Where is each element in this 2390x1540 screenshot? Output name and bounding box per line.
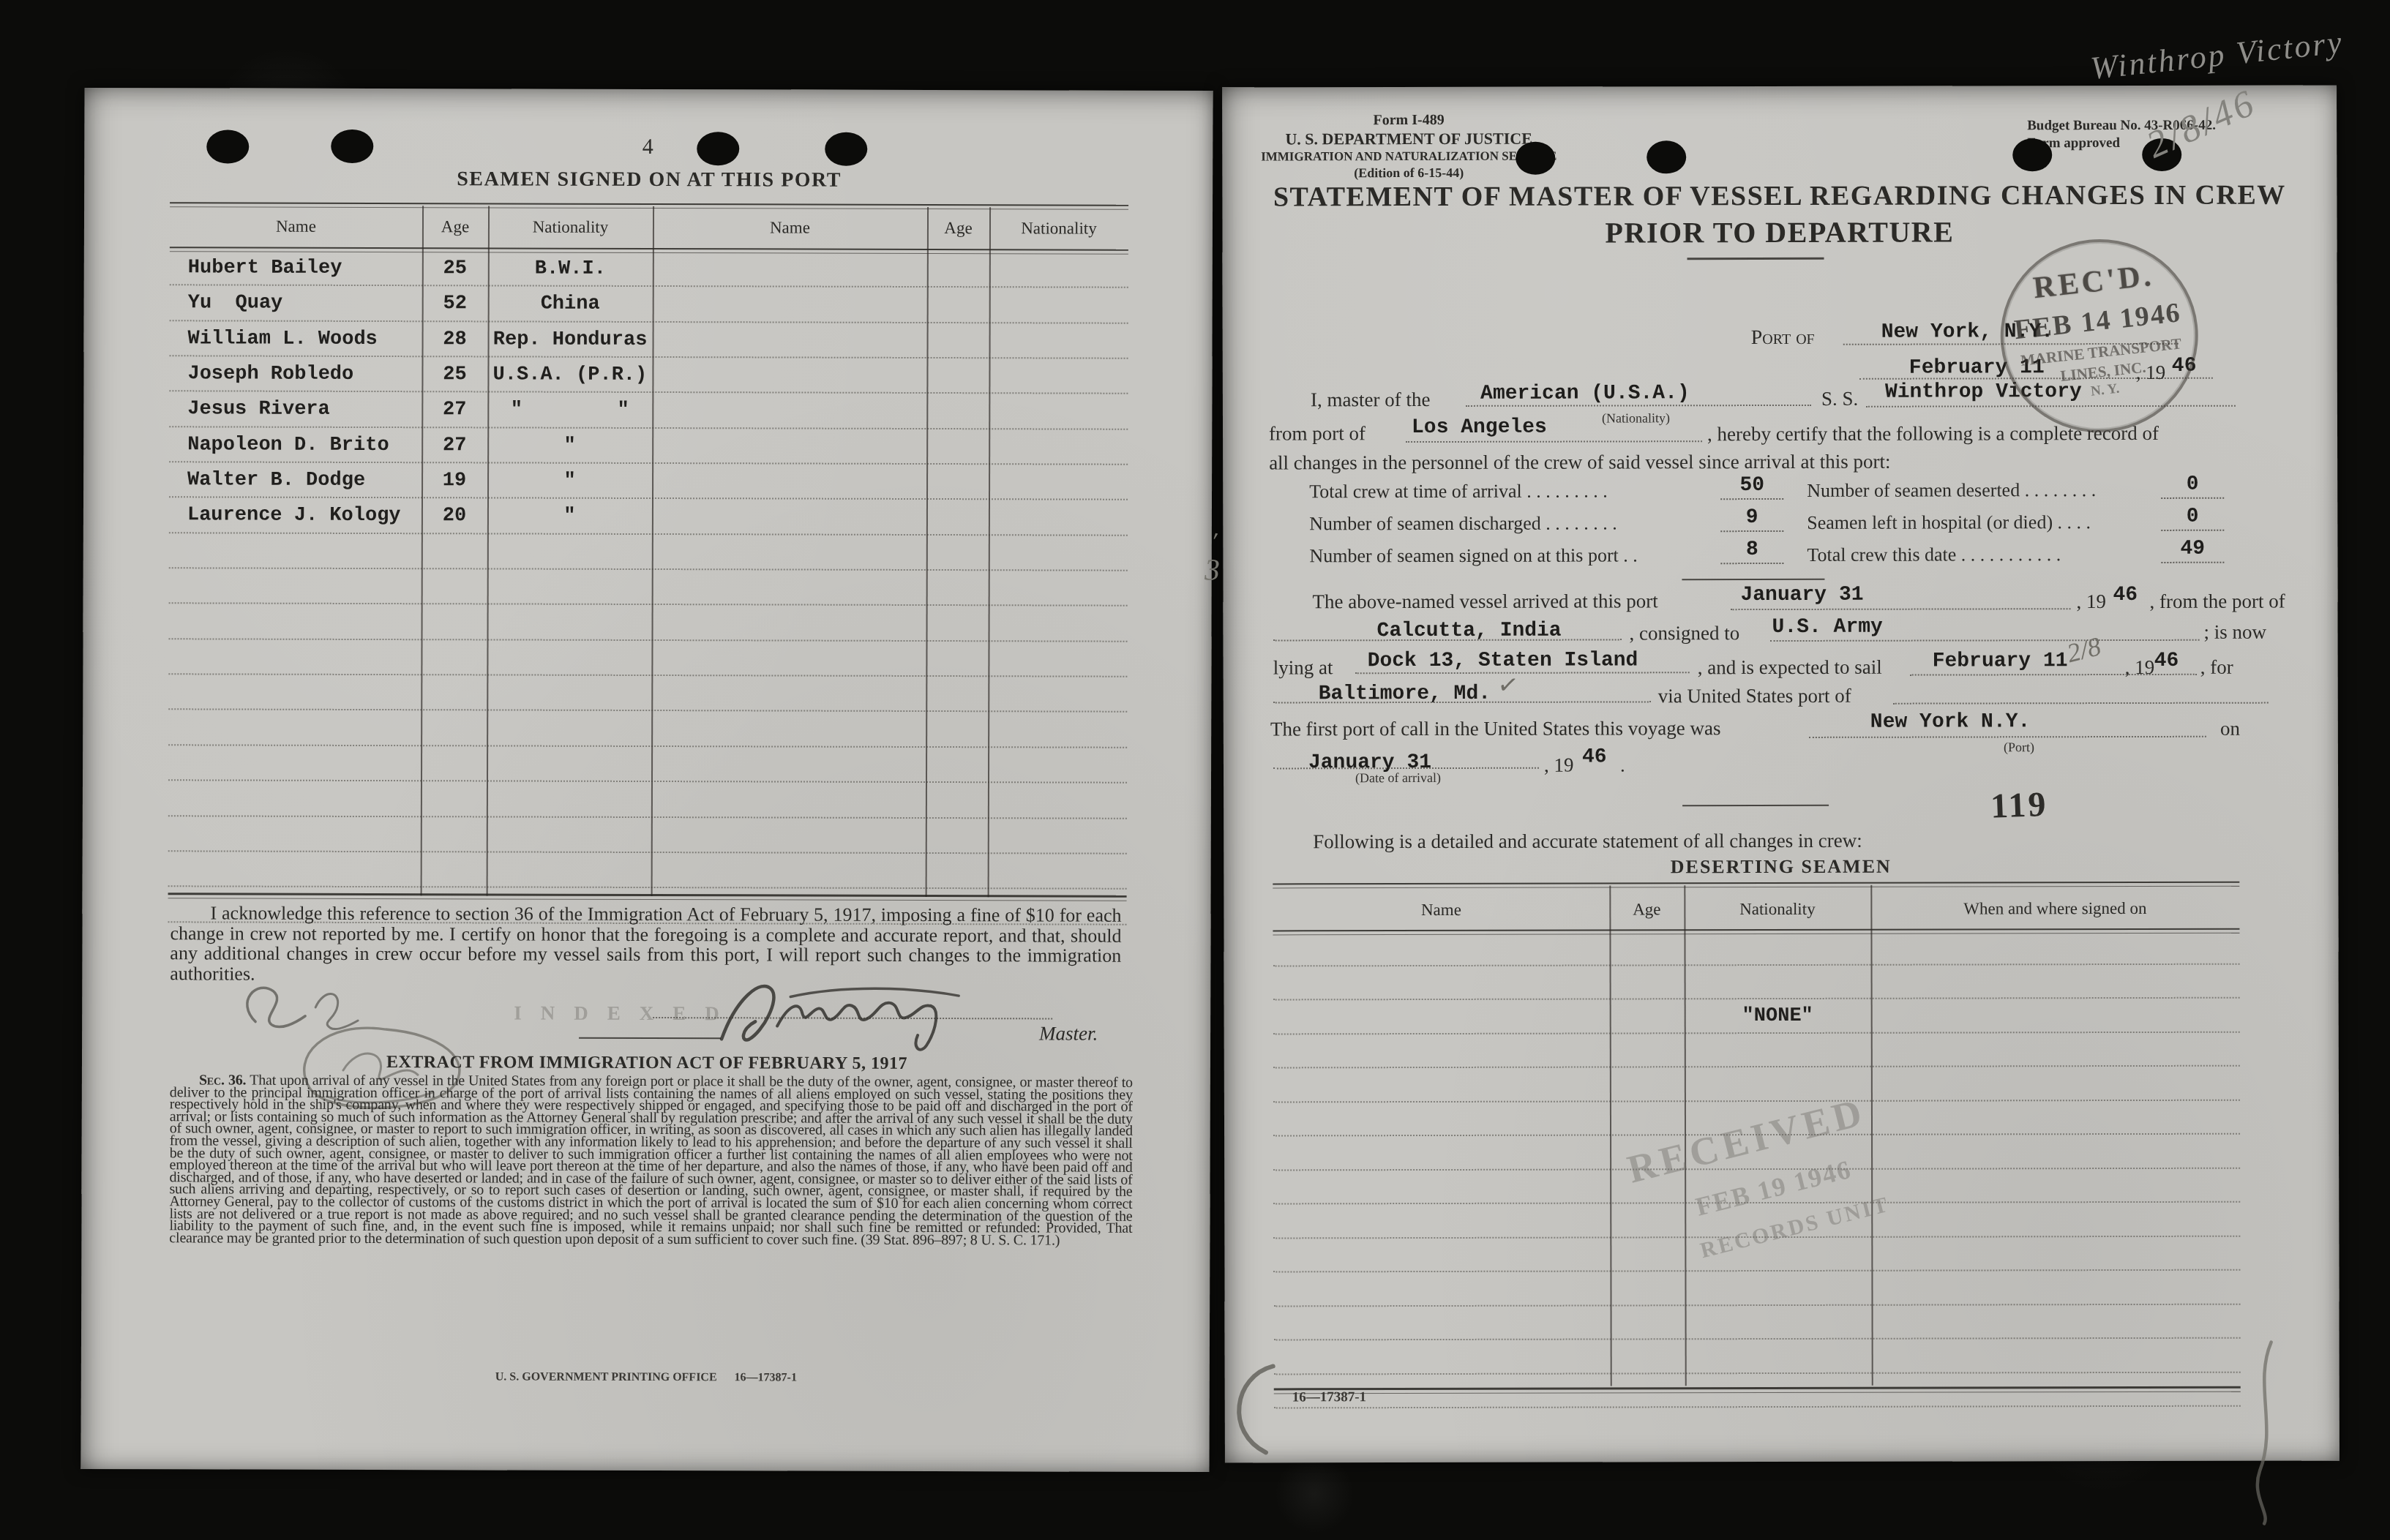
- hole-punch: [1516, 142, 1555, 175]
- seaman-name: Walter B. Dodge: [187, 469, 365, 492]
- seaman-nationality: China: [488, 293, 653, 316]
- hole-punch: [825, 132, 867, 166]
- seamen-table-row: Yu Quay52China: [170, 286, 1128, 324]
- form-number: Form I-489: [1251, 112, 1566, 129]
- first-port-lead: The first port of call in the United Sta…: [1270, 717, 1721, 740]
- right-page: Form I-489 U. S. DEPARTMENT OF JUSTICE I…: [1222, 85, 2340, 1462]
- seaman-age: 25: [422, 364, 487, 386]
- seamen-table-row: Jesus Rivera27" ": [169, 392, 1128, 430]
- arrival-date-value: January 31: [1740, 584, 1863, 606]
- seaman-name: Yu Quay: [188, 293, 283, 315]
- vessel-nationality-value: American (U.S.A.): [1475, 382, 1695, 405]
- stat-value: 8: [1720, 538, 1783, 564]
- deserting-table-row: [1274, 1304, 2241, 1340]
- form-title-line2: PRIOR TO DEPARTURE: [1222, 214, 2337, 250]
- seamen-table-row: [168, 781, 1127, 819]
- printing-office-footer: U. S. GOVERNMENT PRINTING OFFICE 16—1738…: [167, 1370, 1125, 1385]
- short-line: [579, 1037, 721, 1040]
- stat-label: Number of seamen signed on at this port …: [1309, 544, 1637, 567]
- seamen-table-row: Hubert Bailey25B.W.I.: [170, 250, 1128, 288]
- deserting-table-row: [1273, 1067, 2240, 1103]
- form-footer-number: 16—17387-1: [1292, 1389, 1366, 1405]
- scanned-document: 4 SEAMEN SIGNED ON AT THIS PORT Name Age…: [0, 0, 2390, 1540]
- expected-to-sail-label: , and is expected to sail: [1698, 656, 1882, 680]
- underline: [1273, 767, 1539, 770]
- via-us-port-label: via United States port of: [1658, 685, 1851, 708]
- master-lead: I, master of the: [1311, 388, 1431, 411]
- extract-text: That upon arrival of any vessel in the U…: [169, 1073, 1133, 1249]
- stat-label: Total crew at time of arrival . . . . . …: [1309, 480, 1608, 503]
- seamen-table-row: William L. Woods28Rep. Honduras: [170, 321, 1128, 359]
- first-port-year: 46: [1582, 745, 1607, 768]
- from-port-label: from port of: [1269, 422, 1366, 445]
- stat-label: Seamen left in hospital (or died) . . . …: [1807, 511, 2091, 534]
- from-port-value: Los Angeles: [1412, 416, 1547, 439]
- lying-at-label: lying at: [1273, 656, 1333, 679]
- seaman-age: 27: [422, 435, 487, 457]
- gutter-number-mark: 3: [1205, 553, 1220, 588]
- underline: [1731, 608, 2071, 610]
- deserting-table-row: [1273, 964, 2240, 1000]
- column-header: Nationality: [488, 217, 653, 237]
- printed-19: , 19: [1544, 754, 1574, 777]
- hole-punch: [206, 129, 249, 163]
- seamen-table-row: Joseph Robledo25U.S.A. (P.R.): [169, 356, 1128, 394]
- column-header: When and where signed on: [1870, 899, 2239, 919]
- column-header: Age: [1609, 900, 1684, 919]
- deserting-table-row: [1273, 1032, 2240, 1068]
- date-of-arrival-label: (Date of arrival): [1355, 770, 1441, 786]
- page-number: 4: [633, 135, 662, 159]
- seamen-table-row: Walter B. Dodge19": [169, 462, 1128, 500]
- is-now-text: ; is now: [2204, 621, 2267, 644]
- nationality-label: (Nationality): [1602, 410, 1670, 426]
- handwritten-vessel-name: Winthrop Victory: [2089, 23, 2345, 87]
- port-of-label: Port of: [1751, 326, 1815, 350]
- seaman-age: 25: [422, 258, 488, 279]
- column-header: Nationality: [1684, 900, 1870, 920]
- deserting-table-row: "NONE": [1273, 999, 2240, 1034]
- seaman-nationality: B.W.I.: [488, 258, 653, 280]
- stat-label: Total crew this date . . . . . . . . . .…: [1807, 544, 2061, 566]
- consigned-to-label: , consigned to: [1630, 622, 1740, 645]
- sail-year: 46: [2154, 650, 2179, 672]
- seamen-table-row: [168, 675, 1127, 713]
- seaman-age: 27: [422, 399, 487, 421]
- seaman-name: William L. Woods: [188, 328, 378, 350]
- form-title-line1: STATEMENT OF MASTER OF VESSEL REGARDING …: [1222, 179, 2337, 213]
- hole-punch: [2012, 138, 2052, 171]
- left-page: 4 SEAMEN SIGNED ON AT THIS PORT Name Age…: [81, 88, 1213, 1472]
- seamen-table-row: [169, 533, 1128, 571]
- extract-body: Sec. 36. That upon arrival of any vessel…: [169, 1074, 1133, 1247]
- seaman-name: Laurence J. Kology: [187, 505, 401, 527]
- section-line: [1682, 805, 1829, 806]
- deserting-table-row: [1273, 931, 2239, 966]
- deserting-seamen-title: DESERTING SEAMEN: [1224, 854, 2338, 879]
- column-header: Age: [422, 217, 488, 236]
- printed-19: , 19: [2076, 590, 2106, 613]
- seamen-table-row: [168, 639, 1127, 677]
- title-underline: [1687, 258, 1824, 260]
- section-line: [1682, 579, 1824, 580]
- hole-punch: [331, 129, 373, 163]
- master-label: Master.: [1039, 1022, 1098, 1045]
- stat-value: 0: [2161, 473, 2224, 499]
- department-name: U. S. DEPARTMENT OF JUSTICE: [1251, 129, 1566, 149]
- seaman-nationality: ": [487, 506, 652, 528]
- consignee-value: U.S. Army: [1772, 616, 1883, 639]
- seaman-name: Jesus Rivera: [187, 399, 330, 421]
- stat-label: Number of seamen deserted . . . . . . . …: [1807, 479, 2096, 502]
- seaman-nationality: ": [487, 435, 652, 457]
- stat-value: 50: [1720, 474, 1783, 500]
- seaman-name: Hubert Bailey: [188, 257, 342, 279]
- seaman-nationality: Rep. Honduras: [488, 328, 653, 351]
- seamen-table-row: Napoleon D. Brito27": [169, 427, 1128, 465]
- seamen-table-row: [168, 816, 1127, 854]
- stat-value: 0: [2161, 506, 2224, 531]
- seaman-nationality: U.S.A. (P.R.): [487, 364, 652, 386]
- left-page-title: SEAMEN SIGNED ON AT THIS PORT: [170, 167, 1128, 192]
- underline: [1770, 639, 2200, 642]
- seamen-table-row: [169, 604, 1128, 642]
- berth-value: Dock 13, Staten Island: [1368, 649, 1638, 672]
- page-number-stamp: 119: [1990, 784, 2048, 827]
- ss-label: S. S.: [1821, 388, 1858, 410]
- stat-value: 49: [2161, 538, 2224, 563]
- sail-date-value: February 11: [1933, 650, 2068, 672]
- underline: [1466, 405, 1811, 407]
- following-statement: Following is a detailed and accurate sta…: [1313, 830, 1862, 854]
- seamen-table-row: [169, 568, 1128, 606]
- received-date-stamp: REC'D. FEB 14 1946 MARINE TRANSPORT LINE…: [1990, 229, 2208, 442]
- period: .: [1620, 754, 1625, 776]
- hole-punch: [1647, 140, 1686, 173]
- column-header: Name: [700, 218, 880, 238]
- for-text: , for: [2200, 656, 2233, 679]
- master-signature: [704, 966, 982, 1051]
- form-header-left: Form I-489 U. S. DEPARTMENT OF JUSTICE I…: [1251, 112, 1566, 181]
- seamen-table-row: [168, 852, 1127, 890]
- first-port-value: New York N.Y.: [1870, 710, 2031, 733]
- column-header: Age: [927, 219, 989, 238]
- deserting-none-value: "NONE": [1685, 1005, 1871, 1028]
- arrival-year: 46: [2113, 584, 2138, 606]
- seamen-table-row: Laurence J. Kology20": [169, 498, 1128, 536]
- column-header: Name: [1331, 901, 1551, 920]
- all-changes-text: all changes in the personnel of the crew…: [1269, 451, 1891, 475]
- column-header: Nationality: [989, 219, 1128, 238]
- port-paren-label: (Port): [2004, 740, 2034, 755]
- underline: [1355, 672, 1690, 674]
- seaman-nationality: ": [487, 470, 652, 492]
- printed-19: , 19: [2125, 656, 2155, 679]
- seaman-age: 52: [422, 293, 488, 315]
- deserting-table-row: [1274, 1339, 2241, 1375]
- deserting-table-row: [1273, 1271, 2240, 1307]
- seaman-age: 19: [422, 470, 487, 492]
- seaman-age: 20: [422, 506, 487, 527]
- pencil-squiggle: [2248, 1338, 2281, 1528]
- stat-value: 9: [1720, 506, 1783, 532]
- pencil-checkmark: ✓: [1496, 669, 1521, 702]
- seamen-table-row: [168, 745, 1127, 784]
- seaman-name: Joseph Robledo: [187, 363, 353, 386]
- seamen-signed-on-table: Name Age Nationality Name Age Nationalit…: [168, 202, 1128, 897]
- seamen-table-row: [168, 710, 1127, 748]
- underline: [1893, 702, 2269, 705]
- stat-label: Number of seamen discharged . . . . . . …: [1309, 512, 1617, 535]
- arrived-lead: The above-named vessel arrived at this p…: [1312, 590, 1657, 613]
- extract-title: EXTRACT FROM IMMIGRATION ACT OF FEBRUARY…: [168, 1052, 1126, 1074]
- seaman-name: Napoleon D. Brito: [187, 434, 389, 457]
- seaman-age: 28: [422, 328, 488, 350]
- underline: [1809, 736, 2206, 738]
- pencil-sail-date: 2/8: [2064, 631, 2104, 669]
- seaman-nationality: " ": [487, 399, 652, 422]
- hole-punch: [697, 132, 739, 165]
- column-header: Name: [214, 217, 378, 236]
- from-the-port-of: , from the port of: [2149, 590, 2285, 613]
- on-text: on: [2220, 718, 2240, 740]
- pencil-c-mark: [1222, 1359, 1288, 1457]
- underline: [1406, 440, 1702, 443]
